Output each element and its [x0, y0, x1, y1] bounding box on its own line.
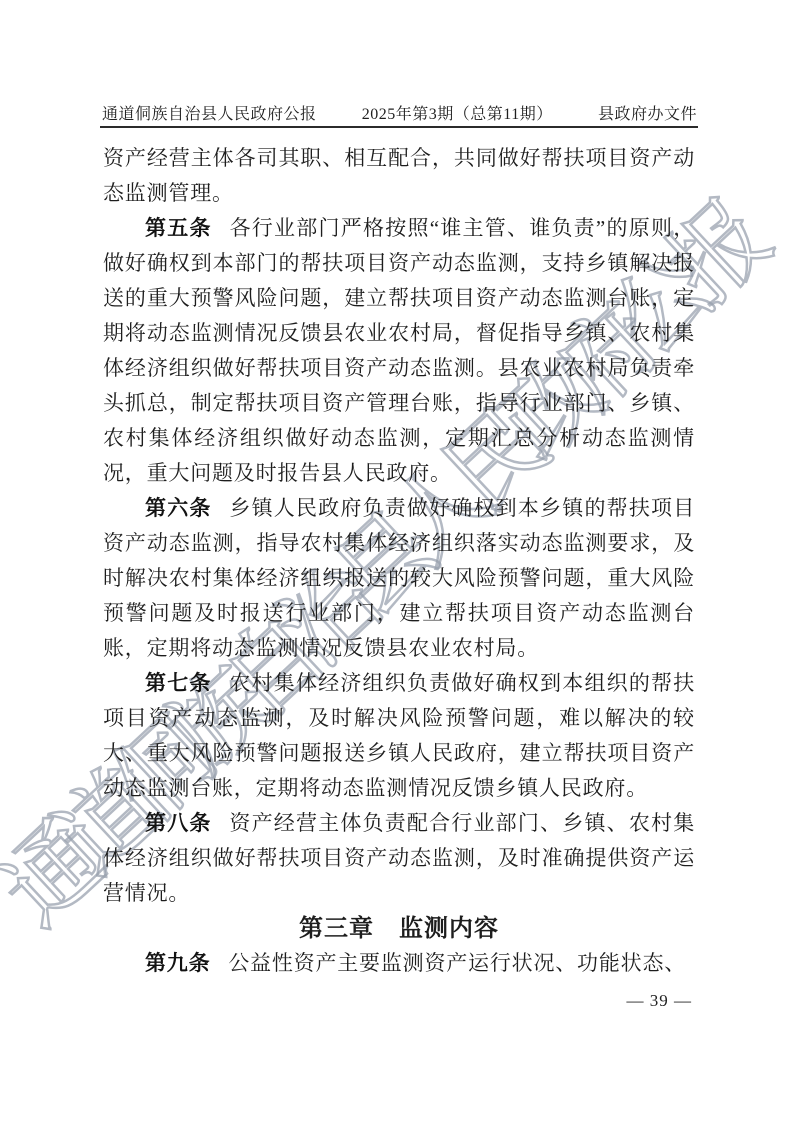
- header-doc-category: 县政府办文件: [598, 101, 697, 124]
- article-7-label: 第七条: [145, 671, 212, 695]
- article-paragraph-6: 第六条乡镇人民政府负责做好确权到本乡镇的帮扶项目资产动态监测，指导农村集体经济组…: [103, 491, 695, 666]
- continuation-paragraph: 资产经营主体各司其职、相互配合，共同做好帮扶项目资产动态监测管理。: [103, 141, 695, 211]
- article-6-text: 乡镇人民政府负责做好确权到本乡镇的帮扶项目资产动态监测，指导农村集体经济组织落实…: [103, 496, 695, 660]
- article-5-text: 各行业部门严格按照“谁主管、谁负责”的原则，做好确权到本部门的帮扶项目资产动态监…: [103, 216, 695, 485]
- article-6-label: 第六条: [145, 496, 212, 520]
- article-paragraph-5: 第五条各行业部门严格按照“谁主管、谁负责”的原则，做好确权到本部门的帮扶项目资产…: [103, 211, 695, 491]
- article-9-label: 第九条: [145, 951, 210, 975]
- document-body: 资产经营主体各司其职、相互配合，共同做好帮扶项目资产动态监测管理。 第五条各行业…: [103, 141, 695, 981]
- header-divider-rule: [100, 126, 698, 128]
- article-paragraph-8: 第八条资产经营主体负责配合行业部门、乡镇、农村集体经济组织做好帮扶项目资产动态监…: [103, 806, 695, 911]
- article-8-label: 第八条: [145, 811, 212, 835]
- article-paragraph-7: 第七条农村集体经济组织负责做好确权到本组织的帮扶项目资产动态监测，及时解决风险预…: [103, 666, 695, 806]
- article-5-label: 第五条: [145, 216, 212, 240]
- page-number: — 39 —: [627, 991, 693, 1011]
- chapter-heading: 第三章 监测内容: [103, 911, 695, 946]
- header-issue-info: 2025年第3期（总第11期）: [362, 101, 553, 124]
- page-header: 通道侗族自治县人民政府公报 2025年第3期（总第11期） 县政府办文件: [102, 101, 697, 124]
- header-gazette-title: 通道侗族自治县人民政府公报: [102, 101, 317, 124]
- article-9-text: 公益性资产主要监测资产运行状况、功能状态、: [228, 951, 686, 975]
- article-paragraph-9: 第九条公益性资产主要监测资产运行状况、功能状态、: [103, 946, 695, 981]
- gazette-document-page: 通道侗族自治县人民政府公报 2025年第3期（总第11期） 县政府办文件 通道侗…: [0, 0, 793, 1122]
